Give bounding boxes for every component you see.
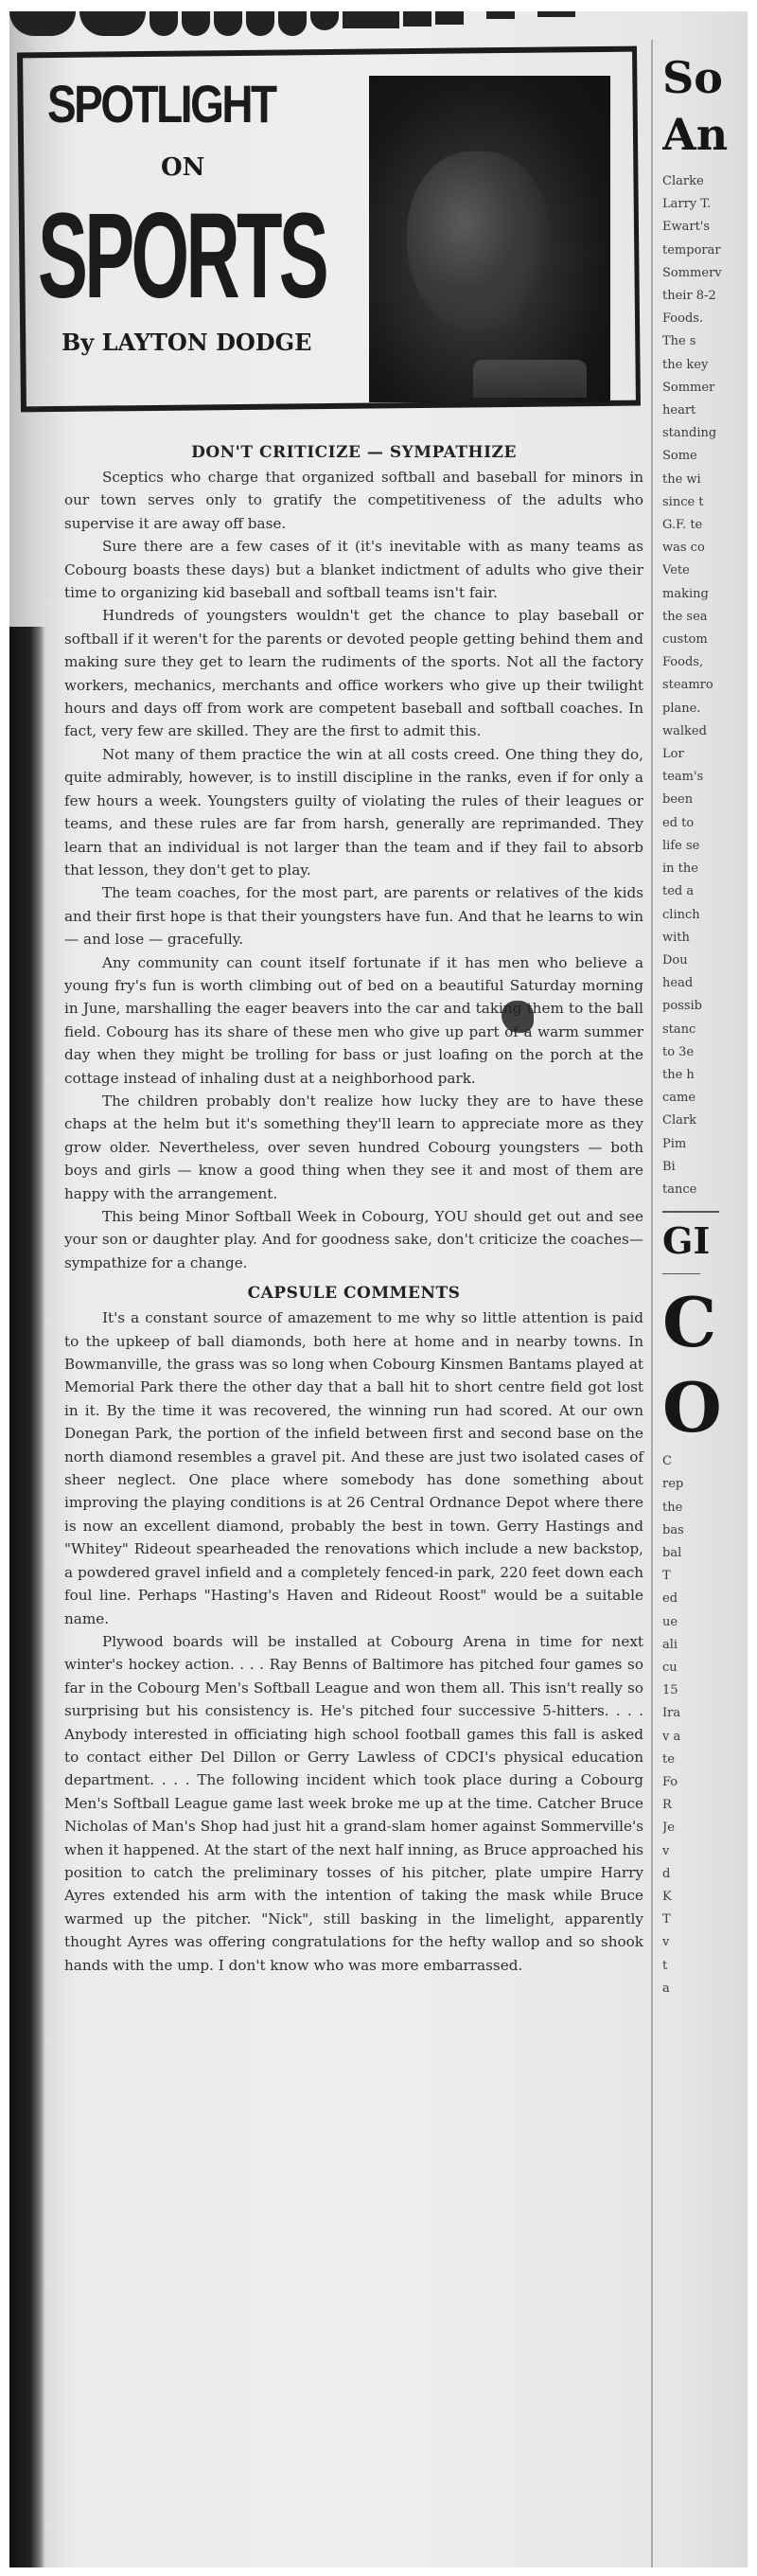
column-title-sports: SPORTS [38,196,326,317]
column-rule [651,40,653,2567]
adjacent-text-line: Bi [662,1156,748,1179]
adjacent-text-line: t [662,1955,748,1978]
adjacent-text-line: Ira [662,1702,748,1725]
adjacent-text-line: R [662,1794,748,1817]
article-paragraph: It's a constant source of amazement to m… [64,1306,643,1630]
adjacent-text-line: Foods. [662,308,748,330]
adjacent-text-line: possib [662,995,748,1018]
adjacent-text-line: C [662,1450,748,1473]
adjacent-text-line: been [662,789,748,811]
adjacent-headline-5: O [662,1365,748,1450]
adjacent-column: So An ClarkeLarry T.Ewart'stemporarSomme… [662,49,748,2000]
article-paragraph: Hundreds of youngsters wouldn't get the … [64,604,643,742]
adjacent-text-line: steamro [662,674,748,697]
adjacent-text-line: custom [662,629,748,651]
cut-off-headline-banner [9,11,748,44]
adjacent-text-line: their 8-2 [662,285,748,308]
article-paragraph: Plywood boards will be installed at Cobo… [64,1630,643,1977]
adjacent-text-line: bas [662,1519,748,1542]
adjacent-text-line: walked [662,720,748,743]
adjacent-text-line: head [662,972,748,995]
adjacent-text-line: ali [662,1634,748,1657]
adjacent-text-line: Sommer [662,377,748,400]
adjacent-text-line: ed [662,1588,748,1610]
column-title-on: ON [161,153,204,182]
scan-shadow-edge [9,627,45,2567]
adjacent-text-line: Pim [662,1133,748,1156]
adjacent-text-line: plane. [662,698,748,720]
adjacent-text-line: Je [662,1817,748,1839]
adjacent-text-line: 15 [662,1679,748,1702]
adjacent-text-line: Vete [662,560,748,582]
adjacent-text-line: Clark [662,1110,748,1132]
adjacent-text-bottom: CrepthebasbalTeduealicu15Irav ateFoRJevd… [662,1450,748,2000]
adjacent-text-line: Dou [662,950,748,972]
adjacent-text-line: to 3e [662,1041,748,1064]
adjacent-text-line: Clarke [662,170,748,193]
section-2-paragraphs: It's a constant source of amazement to m… [64,1306,643,1977]
adjacent-text-line: team's [662,766,748,789]
article-body: DON'T CRITICIZE — SYMPATHIZE Sceptics wh… [64,439,643,1977]
adjacent-text-line: K [662,1886,748,1909]
adjacent-text-line: the sea [662,606,748,629]
article-paragraph: The team coaches, for the most part, are… [64,881,643,950]
adjacent-text-line: ed to [662,812,748,835]
article-paragraph: Sure there are a few cases of it (it's i… [64,535,643,604]
adjacent-text-line: T [662,1909,748,1931]
adjacent-text-line: v [662,1931,748,1954]
adjacent-text-line: in the [662,858,748,880]
columnist-photo [369,76,610,402]
section-1-paragraphs: Sceptics who charge that organized softb… [64,466,643,1274]
adjacent-text-line: Larry T. [662,193,748,216]
article-paragraph: Any community can count itself fortunate… [64,951,643,1090]
adjacent-text-top: ClarkeLarry T.Ewart'stemporarSommervthei… [662,170,748,1201]
adjacent-divider [662,1211,719,1213]
adjacent-text-line: bal [662,1542,748,1565]
adjacent-text-line: te [662,1749,748,1771]
adjacent-text-line: was co [662,537,748,560]
section-heading-capsule: CAPSULE COMMENTS [64,1280,643,1306]
ink-blot [502,1001,534,1033]
adjacent-divider-small [662,1273,700,1274]
adjacent-headline-1: So [662,49,748,106]
adjacent-text-line: Fo [662,1771,748,1794]
adjacent-text-line: the h [662,1064,748,1087]
adjacent-text-line: the key [662,354,748,377]
adjacent-text-line: G.F. te [662,514,748,537]
adjacent-text-line: a [662,1978,748,2000]
adjacent-text-line: temporar [662,240,748,262]
adjacent-text-line: ted a [662,880,748,903]
adjacent-text-line: cu [662,1657,748,1679]
adjacent-text-line: with [662,927,748,950]
photo-collar [473,360,587,398]
adjacent-text-line: the [662,1497,748,1519]
adjacent-text-line: tance [662,1179,748,1201]
adjacent-text-line: The s [662,330,748,353]
adjacent-text-line: came [662,1087,748,1110]
adjacent-text-line: v a [662,1726,748,1749]
adjacent-text-line: life se [662,835,748,858]
article-paragraph: Not many of them practice the win at all… [64,743,643,881]
adjacent-headline-2: An [662,106,748,163]
article-paragraph: Sceptics who charge that organized softb… [64,466,643,535]
adjacent-text-line: since t [662,491,748,514]
adjacent-headline-4: C [662,1280,748,1365]
adjacent-text-line: the wi [662,469,748,491]
adjacent-text-line: T [662,1565,748,1588]
newspaper-page: SPOTLIGHT ON SPORTS By LAYTON DODGE DON'… [9,11,748,2567]
adjacent-text-line: Ewart's [662,216,748,239]
adjacent-text-line: making [662,583,748,606]
adjacent-text-line: ue [662,1611,748,1634]
adjacent-text-line: standing [662,422,748,445]
adjacent-text-line: Sommerv [662,262,748,285]
article-paragraph: The children probably don't realize how … [64,1090,643,1205]
adjacent-text-line: clinch [662,904,748,927]
adjacent-headline-3: GI [662,1218,748,1264]
adjacent-text-line: Lor [662,743,748,766]
article-paragraph: This being Minor Softball Week in Cobour… [64,1205,643,1274]
byline: By LAYTON DODGE [62,329,311,356]
adjacent-text-line: rep [662,1473,748,1496]
column-title-spotlight: SPOTLIGHT [47,73,275,134]
adjacent-text-line: d [662,1863,748,1886]
section-heading: DON'T CRITICIZE — SYMPATHIZE [64,439,643,466]
adjacent-text-line: stanc [662,1019,748,1041]
adjacent-text-line: Some [662,445,748,468]
adjacent-text-line: v [662,1840,748,1863]
adjacent-text-line: Foods, [662,651,748,674]
photo-face [407,151,549,331]
adjacent-text-line: heart [662,400,748,422]
